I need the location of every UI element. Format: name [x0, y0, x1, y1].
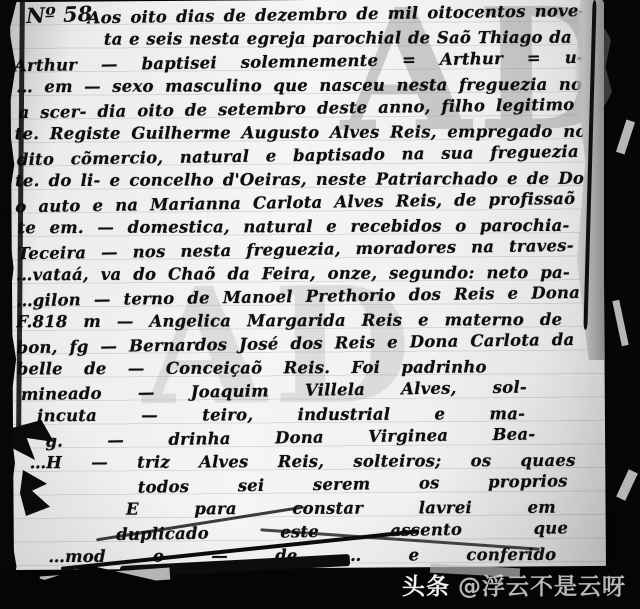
handwritten-text-block: Aos oito dias de dezembro de mil oitocen…: [12, 0, 593, 569]
toutiao-watermark: 头条 @浮云不是云呀: [402, 568, 626, 601]
watermark-brand: 头条: [402, 568, 450, 601]
watermark-handle: @浮云不是云呀: [458, 568, 626, 601]
manuscript-photo: AD AD Nº 58 Aos oito dias de dezembro de…: [0, 0, 640, 609]
page-number-label: Nº 58: [26, 1, 93, 28]
manuscript-line: todos sei serem os proprios: [138, 469, 568, 499]
